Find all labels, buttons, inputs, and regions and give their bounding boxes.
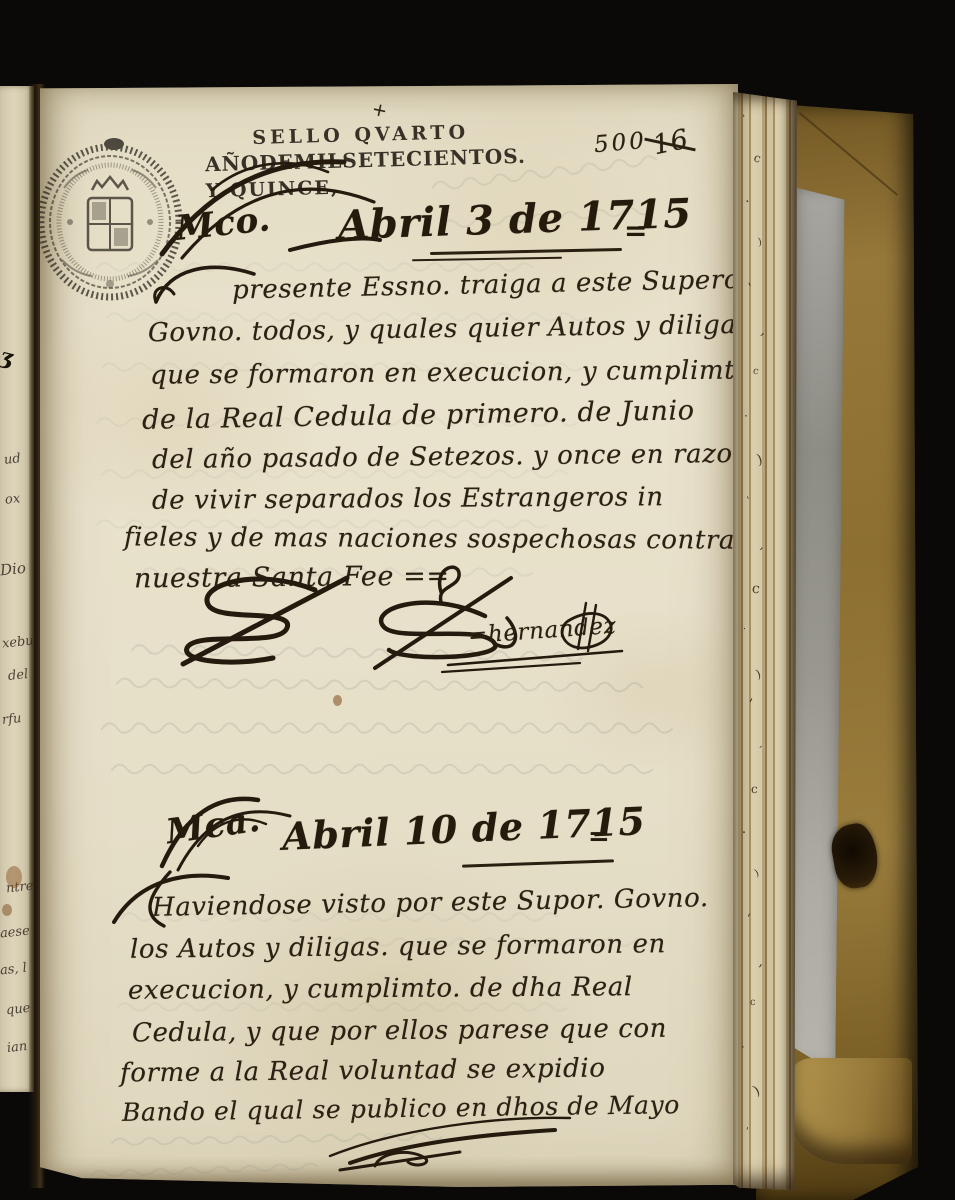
stain-spot (2, 904, 12, 916)
manuscript-photo: ud ox Dio xebu del rfu ntre aese as, l q… (0, 0, 955, 1200)
stain-spot (6, 866, 22, 888)
entry2-line: los Autos y diligas. que se formaron en (130, 929, 666, 965)
edge-ink-mark: c (751, 782, 758, 796)
edge-ink-mark: · (742, 624, 746, 635)
edge-ink-mark: , (738, 108, 746, 119)
ink-blot (104, 138, 124, 150)
edge-ink-mark: ) (750, 1083, 763, 1100)
edge-ink-mark: ' (743, 696, 754, 712)
edge-ink-mark: ) (753, 868, 761, 880)
margin-fragment: ox (4, 491, 21, 508)
entry1-date-trailer: = (624, 214, 648, 247)
entry2-date-trailer: = (588, 822, 610, 852)
edge-ink-mark: , (759, 538, 767, 552)
edge-ink-mark: · (739, 1040, 747, 1055)
edge-ink-mark: ' (746, 280, 754, 294)
edge-ink-mark: , (759, 739, 765, 750)
entry1-line: fieles y de mas naciones sospechosas con… (124, 522, 735, 555)
edge-ink-mark: ' (743, 911, 752, 925)
page-edge-ink-marks: ,c·)',c·)',c·)',c·)',c·)' (733, 92, 797, 1190)
edge-ink-mark: ' (746, 495, 753, 506)
edge-ink-mark: c (751, 581, 761, 598)
margin-fragment: que (5, 1001, 31, 1018)
closing-flourish (320, 1108, 580, 1172)
folio-fee: 500 (593, 128, 648, 159)
edge-ink-mark: c (752, 366, 760, 378)
edge-ink-mark: , (758, 954, 765, 971)
entry1-line: de vivir separados los Estrangeros in (152, 482, 664, 516)
edge-ink-mark: , (759, 323, 770, 339)
edge-ink-mark: ) (754, 667, 763, 682)
margin-fragment: ian (6, 1039, 28, 1056)
edge-ink-mark: c (752, 150, 763, 165)
margin-fragment: ud (3, 451, 21, 468)
cover-bottom-fold (790, 1058, 912, 1164)
entry2-line: Cedula, y que por ellos parese que con (132, 1014, 667, 1049)
entry2-line: execucion, y cumplimto. de dha Real (128, 972, 633, 1006)
edge-ink-mark: · (744, 194, 750, 210)
edge-ink-mark: ' (743, 1126, 749, 1137)
margin-fragment: Dio (0, 559, 27, 580)
margin-fragment: del (7, 667, 29, 684)
margin-fragment: rfu (1, 711, 22, 728)
edge-ink-mark: · (744, 409, 748, 423)
edge-ink-mark: c (750, 997, 756, 1008)
edge-ink-mark: · (741, 825, 748, 842)
foxing-spot (333, 695, 342, 706)
edge-ink-mark: ) (755, 452, 764, 469)
margin-fragment: aese (0, 923, 31, 941)
entry1-line: que se formaron en execucion, y cumplimt… (150, 355, 760, 390)
entry1-line: del año pasado de Setezos. y once en raz… (152, 439, 750, 475)
margin-scribble: ʒ (0, 343, 15, 371)
edge-ink-mark: ) (757, 237, 763, 248)
signature-flourish (440, 595, 635, 685)
entry2-line: forme a la Real voluntad se expidio (120, 1053, 606, 1088)
rubric-flourish-1 (165, 572, 365, 672)
margin-fragment: as, l (0, 961, 28, 979)
